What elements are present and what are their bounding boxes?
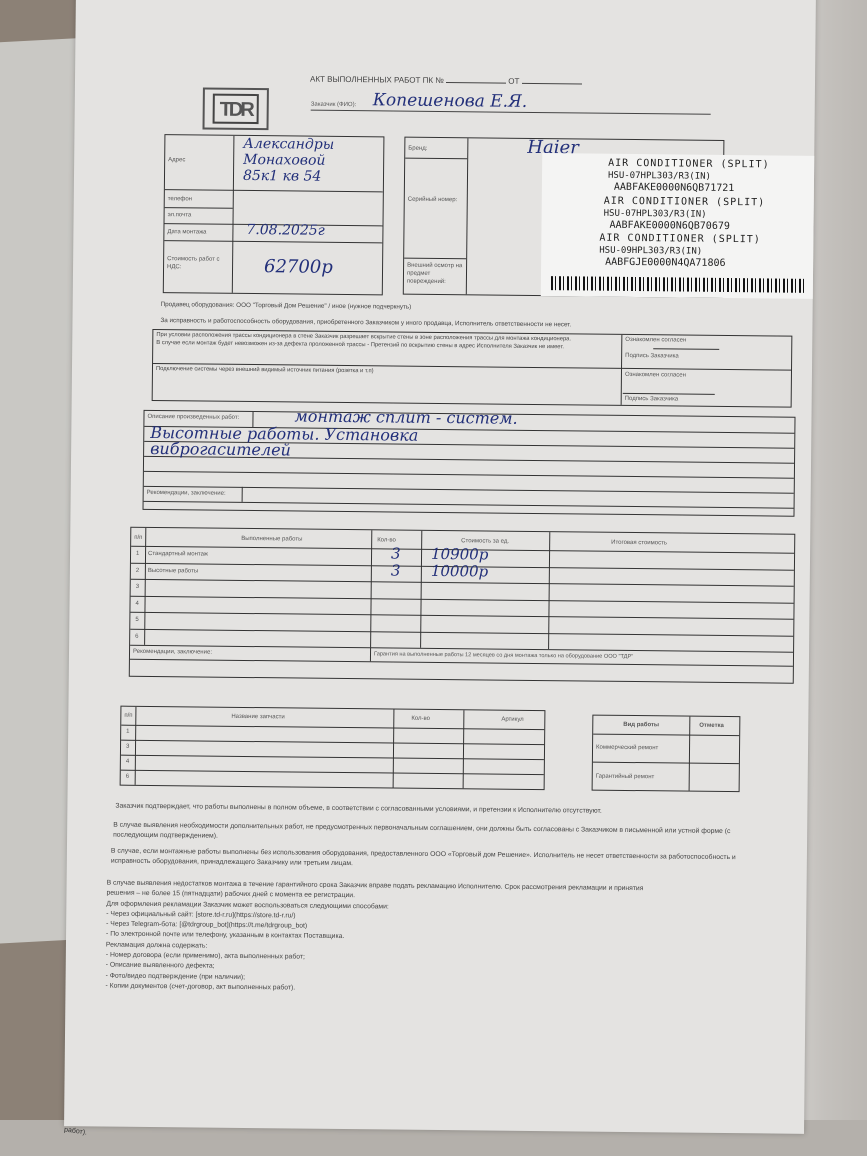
work-unit-price[interactable]: 10000р	[431, 561, 489, 580]
bg-bottom-text: работ).	[64, 1126, 88, 1136]
unit-serial: AABFAKE0000N6QB70679	[609, 220, 730, 232]
cost-label: Стоимость работ с НДС:	[167, 255, 229, 272]
parts-header: п/п	[124, 713, 132, 719]
work-name[interactable]: Стандартный монтаж	[148, 551, 208, 558]
email-label: эл.почта	[168, 212, 192, 218]
tdr-logo: TDR	[202, 87, 268, 130]
commercial-repair-mark[interactable]	[691, 737, 737, 761]
title-text: АКТ ВЫПОЛНЕННЫХ РАБОТ ПК №	[310, 75, 444, 85]
footer-paragraph: Заказчик подтверждает, что работы выполн…	[115, 802, 755, 819]
works-header: Итоговая стоимость	[611, 540, 667, 547]
row-number: 5	[135, 617, 138, 623]
act-form: TDR АКТ ВЫПОЛНЕННЫХ РАБОТ ПК № ОТ Заказч…	[64, 0, 816, 1134]
act-date-field[interactable]	[522, 83, 582, 85]
sign-label: Подпись Заказчика	[625, 396, 679, 403]
row-number: 1	[136, 551, 139, 557]
repair-type-table: Вид работы Отметка Коммерческий ремонт Г…	[592, 715, 741, 793]
work-description-label: Описание произведенных работ:	[147, 414, 239, 421]
inspection-label: Внешний осмотр на предмет повреждений:	[407, 262, 465, 287]
install-date-label: Дата монтажа	[167, 229, 206, 235]
seller-line: Продавец оборудования: ООО "Торговый Дом…	[161, 301, 412, 311]
address-label: Адрес	[168, 157, 185, 163]
cost-value[interactable]: 62700р	[264, 256, 333, 278]
unit-serial: AABFAKE0000N6QB71721	[614, 182, 735, 194]
works-header: п/п	[134, 535, 142, 541]
work-description-box: Описание произведенных работ: монтаж спл…	[143, 410, 796, 517]
barcode	[551, 276, 806, 293]
phone-label: телефон	[168, 196, 192, 202]
recommendations-label: Рекомендации, заключение:	[133, 649, 212, 656]
unit-model: HSU-09HPL303/R3(IN)	[599, 246, 702, 257]
agree-label: Ознакомлен согласен	[625, 372, 686, 379]
row-number: 3	[136, 584, 139, 590]
table-row: 6	[121, 770, 544, 789]
row-number: 2	[136, 567, 139, 573]
work-qty[interactable]: 3	[391, 544, 401, 562]
footer-paragraph: В случае, если монтажные работы выполнен…	[111, 847, 751, 874]
warranty-repair-mark[interactable]	[691, 765, 737, 789]
logo-text: TDR	[213, 94, 259, 124]
row-number: 1	[126, 729, 129, 735]
row-number: 3	[126, 744, 129, 750]
signature-line[interactable]	[653, 348, 719, 350]
address-line: Александры	[243, 136, 334, 153]
address-value[interactable]: Александры Монаховой 85к1 кв 54	[243, 136, 334, 185]
footer-paragraph: В случае выявления необходимости дополни…	[113, 821, 753, 848]
conditions-box: При условии расположения трассы кондицио…	[152, 329, 793, 408]
act-number-field[interactable]	[446, 82, 506, 84]
unit-name: AIR CONDITIONER (SPLIT)	[608, 158, 770, 171]
sign-label: Подпись Заказчика	[625, 353, 679, 360]
works-header: Выполненные работы	[241, 536, 302, 543]
agree-label: Ознакомлен согласен	[625, 337, 686, 344]
row-number: 4	[135, 600, 138, 606]
warranty-text: Гарантия на выполненные работы 12 месяце…	[374, 651, 633, 660]
row-number: 6	[126, 774, 129, 780]
address-line: 85к1 кв 54	[243, 168, 334, 185]
work-description-line[interactable]: виброгасителей	[150, 439, 291, 459]
signature-line[interactable]	[623, 393, 715, 395]
repair-type-commercial: Коммерческий ремонт	[596, 745, 658, 752]
parts-table: п/пНазвание запчастиКол-воАртикул 1 3 4 …	[120, 706, 546, 790]
responsibility-note: За исправность и работоспособность обору…	[160, 317, 571, 328]
customer-row: Заказчик (ФИО): Копешенова Е.Я.	[311, 91, 711, 115]
parts-header: Название запчасти	[231, 714, 284, 721]
row-number: 6	[135, 633, 138, 639]
date-label: ОТ	[508, 77, 519, 86]
works-header: Стоимость за ед.	[461, 538, 509, 545]
address-line: Монаховой	[243, 152, 334, 169]
unit-serial: AABFGJE0000N4QA71806	[605, 257, 726, 269]
repair-type-warranty: Гарантийный ремонт	[596, 774, 655, 781]
row-number: 4	[126, 759, 129, 765]
document-title: АКТ ВЫПОЛНЕННЫХ РАБОТ ПК № ОТ	[310, 75, 582, 87]
parts-header: Кол-во	[411, 716, 430, 722]
works-header: Кол-во	[377, 537, 396, 543]
claims-section: В случае выявления недостатков монтажа в…	[105, 879, 746, 999]
works-table: п/пВыполненные работыКол-воСтоимость за …	[129, 527, 796, 684]
work-qty[interactable]: 3	[391, 561, 401, 579]
power-connection-text: Подключение системы через внешний видимы…	[156, 366, 374, 374]
serial-sticker: AIR CONDITIONER (SPLIT) HSU-07HPL303/R3(…	[541, 153, 814, 299]
unit-model: HSU-07HPL303/R3(IN)	[604, 209, 707, 220]
wall-opening-text: При условии расположения трассы кондицио…	[156, 332, 618, 352]
repair-mark-header: Отметка	[699, 723, 724, 729]
customer-label: Заказчик (ФИО):	[311, 102, 357, 108]
recommendations-label: Рекомендации, заключение:	[147, 490, 226, 497]
unit-model: HSU-07HPL303/R3(IN)	[608, 171, 711, 182]
brand-label: Бренд:	[408, 146, 427, 152]
parts-header: Артикул	[501, 717, 523, 723]
document-page: TDR АКТ ВЫПОЛНЕННЫХ РАБОТ ПК № ОТ Заказч…	[64, 0, 816, 1134]
customer-name[interactable]: Копешенова Е.Я.	[373, 90, 528, 112]
work-name[interactable]: Высотные работы	[148, 567, 198, 574]
client-info-box: Адрес Александры Монаховой 85к1 кв 54 те…	[163, 134, 385, 295]
unit-name: AIR CONDITIONER (SPLIT)	[604, 196, 766, 209]
unit-name: AIR CONDITIONER (SPLIT)	[599, 233, 761, 246]
install-date-value[interactable]: 7.08.2025г	[246, 222, 324, 239]
repair-type-header: Вид работы	[623, 722, 659, 728]
serial-label: Серийный номер:	[408, 196, 464, 205]
